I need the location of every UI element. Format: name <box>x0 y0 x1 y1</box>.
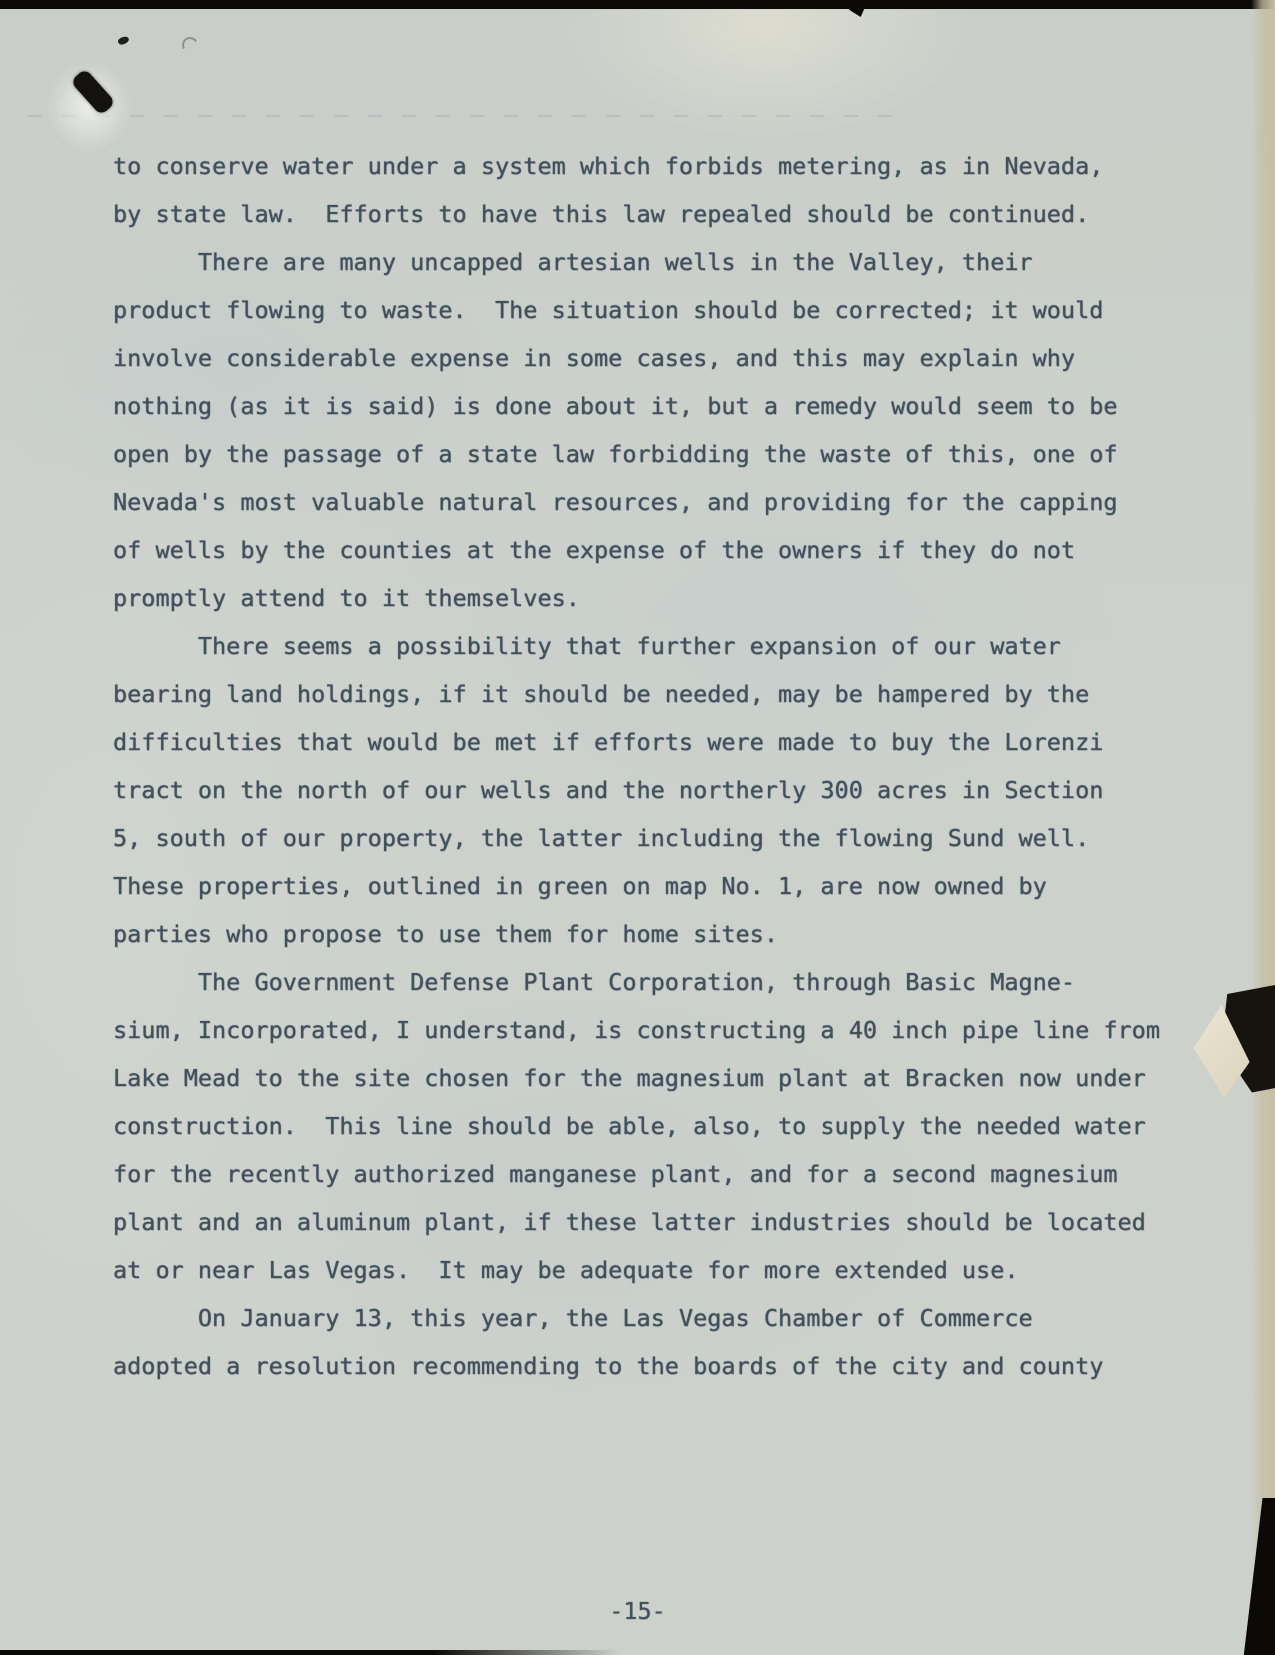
text-line: bearing land holdings, if it should be n… <box>113 670 1213 718</box>
text-line: These properties, outlined in green on m… <box>113 862 1213 910</box>
text-line: There are many uncapped artesian wells i… <box>113 238 1213 286</box>
text-line: parties who propose to use them for home… <box>113 910 1213 958</box>
text-line: adopted a resolution recommending to the… <box>113 1342 1213 1390</box>
text-line: construction. This line should be able, … <box>113 1102 1213 1150</box>
text-line: by state law. Efforts to have this law r… <box>113 190 1213 238</box>
text-line: for the recently authorized manganese pl… <box>113 1150 1213 1198</box>
text-line: involve considerable expense in some cas… <box>113 334 1213 382</box>
text-line: 5, south of our property, the latter inc… <box>113 814 1213 862</box>
text-line: difficulties that would be met if effort… <box>113 718 1213 766</box>
scanned-page-canvas: to conserve water under a system which f… <box>0 0 1275 1655</box>
text-line: tract on the north of our wells and the … <box>113 766 1213 814</box>
text-line: sium, Incorporated, I understand, is con… <box>113 1006 1213 1054</box>
text-line: There seems a possibility that further e… <box>113 622 1213 670</box>
text-line: promptly attend to it themselves. <box>113 574 1213 622</box>
right-deckle-edge <box>1251 0 1275 1655</box>
text-line: Nevada's most valuable natural resources… <box>113 478 1213 526</box>
text-line: product flowing to waste. The situation … <box>113 286 1213 334</box>
text-line: open by the passage of a state law forbi… <box>113 430 1213 478</box>
text-line: On January 13, this year, the Las Vegas … <box>113 1294 1213 1342</box>
text-line: The Government Defense Plant Corporation… <box>113 958 1213 1006</box>
paper-crease <box>28 115 908 117</box>
typewritten-text: to conserve water under a system which f… <box>113 142 1213 1390</box>
text-line: plant and an aluminum plant, if these la… <box>113 1198 1213 1246</box>
text-line: of wells by the counties at the expense … <box>113 526 1213 574</box>
page-number: -15- <box>0 1597 1275 1625</box>
paper-sheet: to conserve water under a system which f… <box>0 9 1275 1655</box>
text-line: to conserve water under a system which f… <box>113 142 1213 190</box>
text-line: nothing (as it is said) is done about it… <box>113 382 1213 430</box>
text-line: Lake Mead to the site chosen for the mag… <box>113 1054 1213 1102</box>
bottom-left-scan-edge <box>0 1650 620 1655</box>
top-right-scan-edge <box>1030 0 1275 8</box>
text-line: at or near Las Vegas. It may be adequate… <box>113 1246 1213 1294</box>
